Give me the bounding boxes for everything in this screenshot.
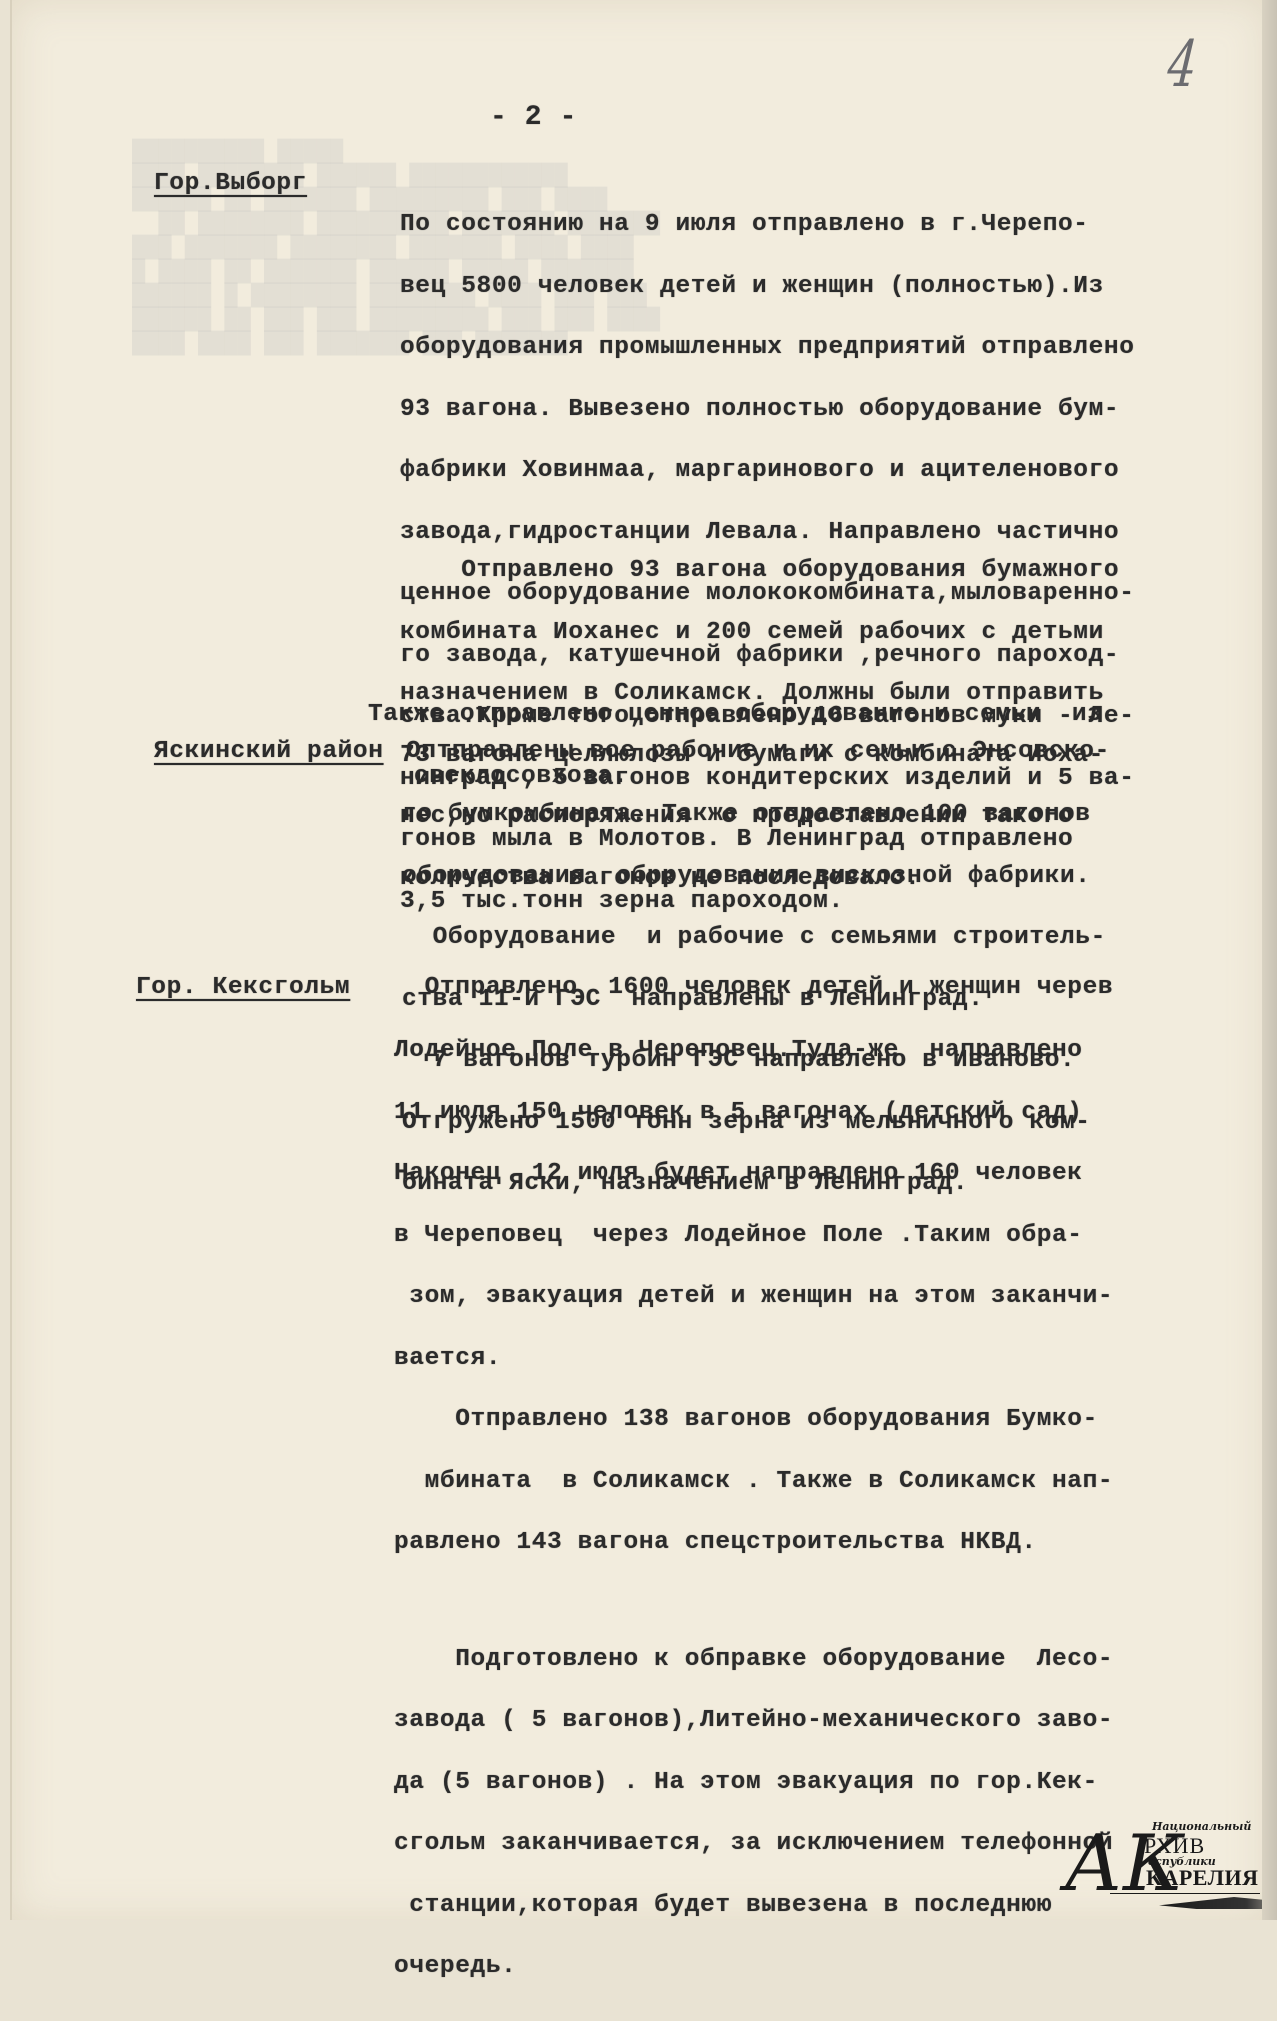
text-line: мбината в Соликамск . Также в Соликамск … [394,1472,1113,1493]
text-line: Подготовлено к обправке оборудование Лес… [394,1650,1113,1671]
text-line: 11 июля 150 человек в 5 вагонах (детский… [394,1103,1113,1124]
document-page: ██████████ █████ ████ ████████ ██████ ██… [10,0,1267,1920]
text-line: оборудования обррудования вискозной фабр… [402,867,1106,888]
text-line: сгольм заканчивается, за исключением тел… [394,1834,1113,1855]
archive-logo: АК Национальный РХИВ еспублики КАРЕЛИЯ [1064,1815,1277,1920]
text-line: в Череповец через Лодейное Поле .Таким о… [394,1226,1113,1247]
page-edge [1262,0,1277,1920]
text-line: вается. [394,1349,1113,1370]
logo-line-karelia: КАРЕЛИЯ [1146,1865,1259,1891]
text-line: фабрики Ховинмаа, маргаринового и ацител… [400,461,1135,482]
text-line: 93 вагона. Вывезено полностью оборудован… [400,400,1135,421]
section-body-keksholm-first-line: Отправлено 1600 человек детей и женщин ч… [394,978,1113,999]
section-body-keksholm: Лодейное Поле в Череповец.Туда-же направ… [394,1000,1113,1920]
text-line: комбината Иоханес и 200 семей рабочих с … [400,623,1119,644]
text-line: станции,которая будет вывезена в последн… [394,1896,1113,1917]
text-line: Лодейное Поле в Череповец.Туда-же направ… [394,1041,1113,1062]
text-line: По состоянию на 9 июля отправлено в г.Че… [400,215,1135,236]
section-heading-keksholm: Гор. Кексгольм [136,978,350,999]
text-line: Отправлено 93 вагона оборудования бумажн… [400,561,1119,582]
text-line: завода ( 5 вагонов),Литейно-механическог… [394,1711,1113,1732]
text-line: Наконец 12 июля будет направлено 160 чел… [394,1164,1113,1185]
text-line: да (5 вагонов) . На этом эвакуация по го… [394,1773,1113,1794]
page-number: - 2 - [490,108,577,129]
section-body-yaskinsky-first-line: Оптправлены все рабочие и их семьи с Энс… [406,742,1110,763]
text-line: Также отправлено ценное оборудование и с… [368,705,1103,726]
text-line: вец 5800 человек детей и женщин (полност… [400,277,1135,298]
section-heading-vyborg: Гор.Выборг [154,174,307,195]
text-line: зом, эвакуация детей и женщин на этом за… [394,1287,1113,1308]
section-heading-yaskinsky: Яскинский район [154,742,384,763]
logo-line-national: Национальный [1152,1820,1251,1833]
text-line [394,1595,1113,1609]
text-line: го бумкомбината. Также отправлено 100 ва… [402,805,1106,826]
logo-rule [1110,1893,1260,1894]
handwritten-folio-number: 4 [1164,28,1200,102]
text-line: оборудования промышленных предприятий от… [400,338,1135,359]
text-line: Отправлено 138 вагонов оборудования Бумк… [394,1410,1113,1431]
text-line: равлено 143 вагона спецстроительства НКВ… [394,1533,1113,1554]
text-line: Оборудование и рабочие с семьями строите… [402,928,1106,949]
